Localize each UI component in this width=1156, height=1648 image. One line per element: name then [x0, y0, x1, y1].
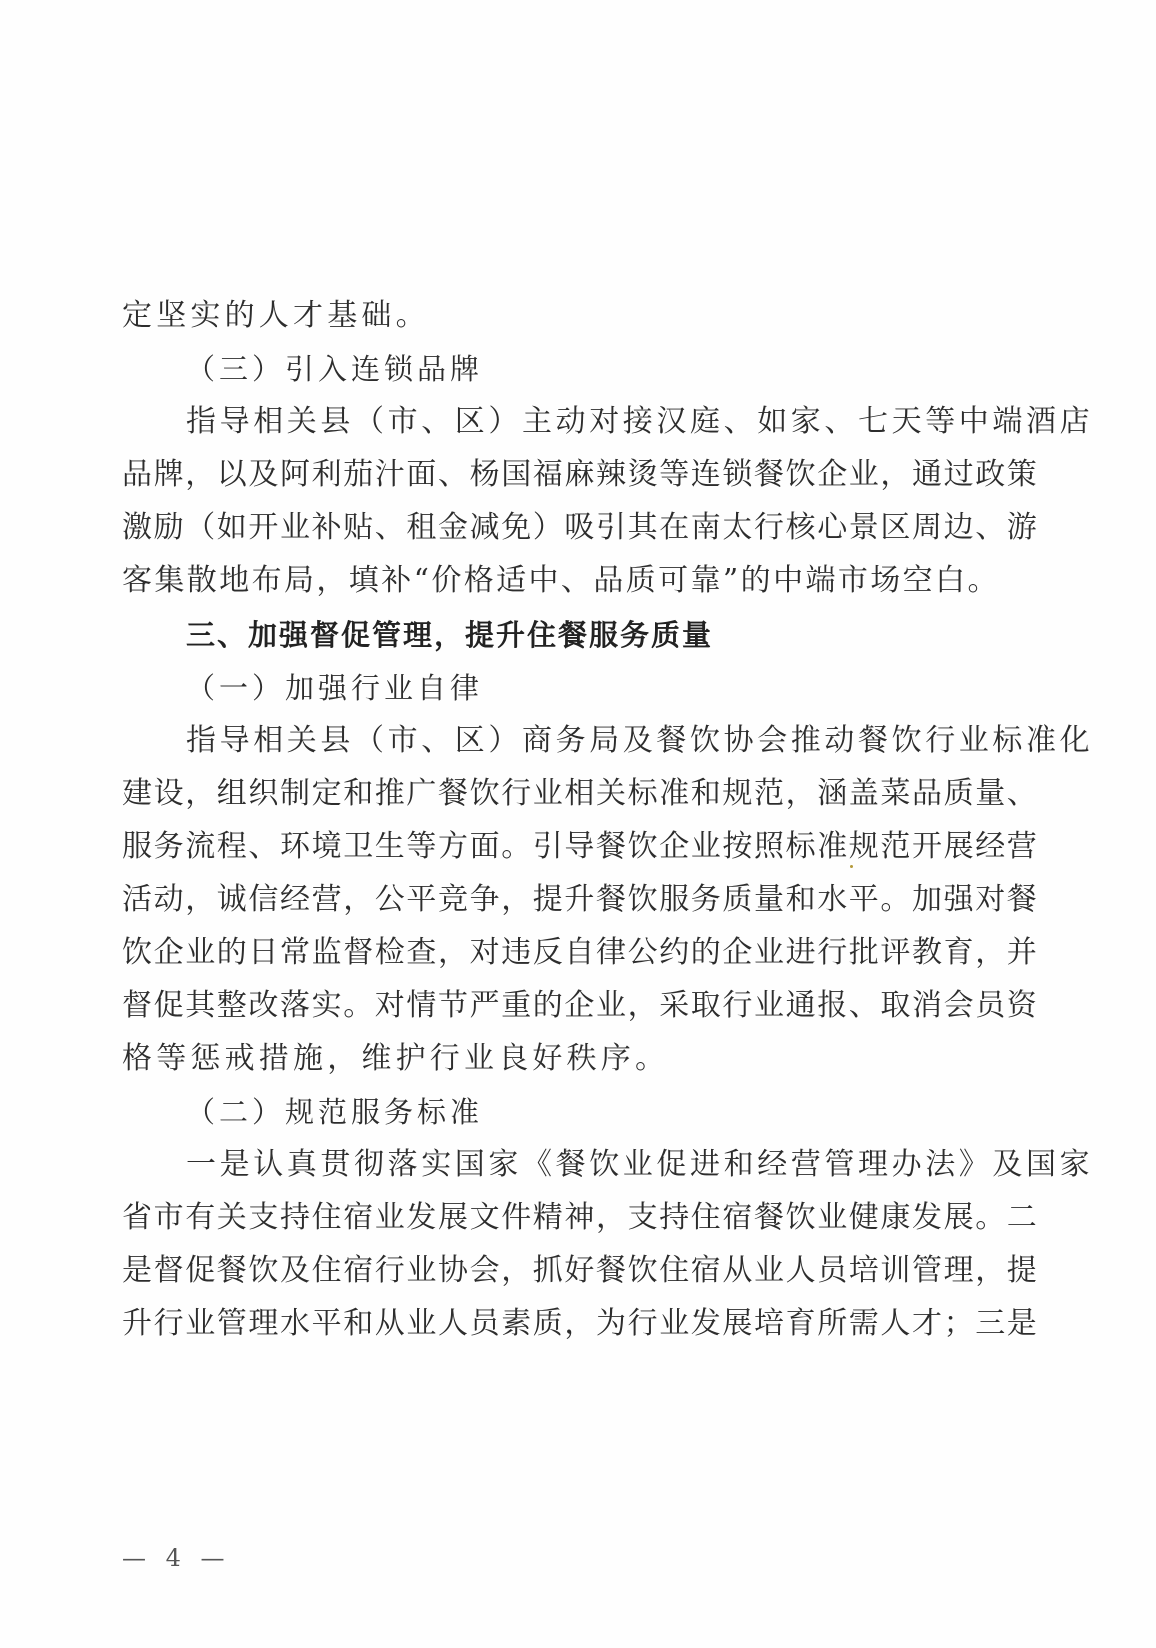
document-page: 定坚实的人才基础。 （三）引入连锁品牌 指导相关县（市、区）主动对接汉庭、如家、…	[0, 0, 1156, 1648]
paragraph-line: 激励（如开业补贴、租金减免）吸引其在南太行核心景区周边、游	[122, 510, 1042, 546]
section-subheading: （一）加强行业自律	[186, 670, 483, 706]
paragraph-line: 指导相关县（市、区）主动对接汉庭、如家、七天等中端酒店	[186, 404, 1106, 440]
section-subheading: （二）规范服务标准	[186, 1094, 483, 1130]
paragraph-line: 格等惩戒措施，维护行业良好秩序。	[122, 1041, 1042, 1077]
paragraph-line: 饮企业的日常监督检查，对违反自律公约的企业进行批评教育，并	[122, 935, 1042, 971]
paragraph-line: 指导相关县（市、区）商务局及餐饮协会推动餐饮行业标准化	[186, 723, 1106, 759]
paragraph-line: 活动，诚信经营，公平竞争，提升餐饮服务质量和水平。加强对餐	[122, 882, 1042, 918]
page-number: — 4 —	[122, 1544, 231, 1572]
section-heading: 三、加强督促管理，提升住餐服务质量	[186, 617, 713, 653]
section-subheading: （三）引入连锁品牌	[186, 351, 483, 387]
paragraph-line: 品牌，以及阿利茄汁面、杨国福麻辣烫等连锁餐饮企业，通过政策	[122, 457, 1042, 493]
scan-artifact	[850, 865, 853, 868]
paragraph-line: 督促其整改落实。对情节严重的企业，采取行业通报、取消会员资	[122, 988, 1042, 1024]
paragraph-line: 定坚实的人才基础。	[122, 298, 1042, 334]
paragraph-line: 升行业管理水平和从业人员素质，为行业发展培育所需人才；三是	[122, 1306, 1042, 1342]
paragraph-line: 客集散地布局，填补“价格适中、品质可靠”的中端市场空白。	[122, 563, 1042, 599]
paragraph-line: 服务流程、环境卫生等方面。引导餐饮企业按照标准规范开展经营	[122, 829, 1042, 865]
paragraph-line: 省市有关支持住宿业发展文件精神，支持住宿餐饮业健康发展。二	[122, 1200, 1042, 1236]
paragraph-line: 建设，组织制定和推广餐饮行业相关标准和规范，涵盖菜品质量、	[122, 776, 1042, 812]
paragraph-line: 一是认真贯彻落实国家《餐饮业促进和经营管理办法》及国家	[186, 1147, 1106, 1183]
paragraph-line: 是督促餐饮及住宿行业协会，抓好餐饮住宿从业人员培训管理，提	[122, 1253, 1042, 1289]
